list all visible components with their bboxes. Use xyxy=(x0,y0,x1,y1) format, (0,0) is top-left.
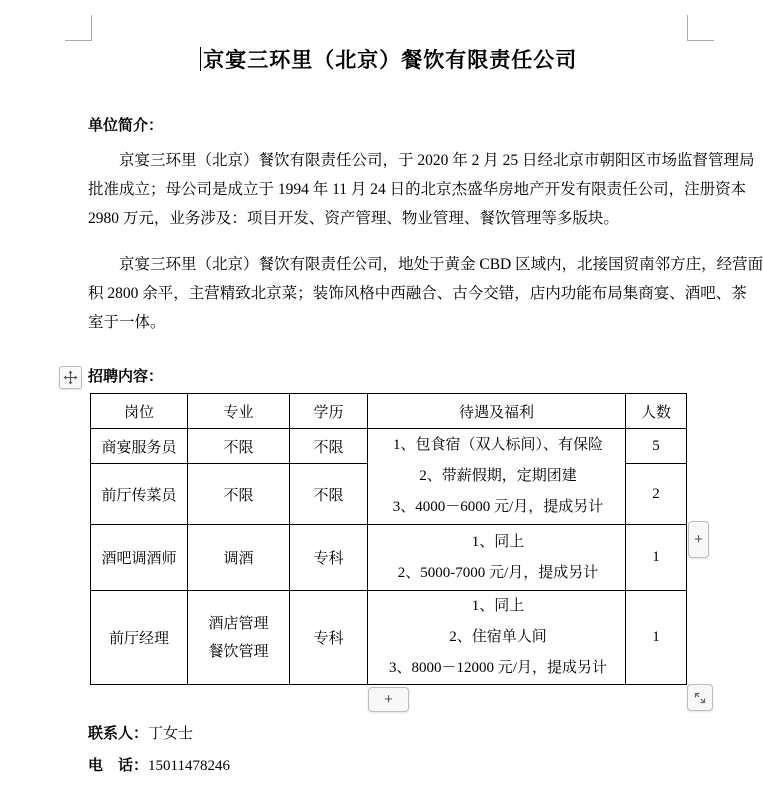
cell-benefits: 1、同上 2、5000-7000 元/月，提成另计 xyxy=(368,525,626,591)
recruit-heading: 招聘内容： xyxy=(88,365,163,386)
paragraph-line: 京宴三环里（北京）餐饮有限责任公司，于 2020 年 2 月 25 日经北京市朝… xyxy=(88,146,687,175)
plus-icon: + xyxy=(384,691,393,708)
text-boundary-mark-top-left-icon xyxy=(65,15,92,41)
title-block: 京宴三环里（北京）餐饮有限责任公司 xyxy=(90,44,687,74)
move-icon xyxy=(63,370,78,385)
paragraph-line: 京宴三环里（北京）餐饮有限责任公司，地处于黄金 CBD 区域内，北接国贸南邻方庄… xyxy=(88,250,687,279)
table-move-handle-button[interactable] xyxy=(59,366,82,389)
intro-paragraph-2: 京宴三环里（北京）餐饮有限责任公司，地处于黄金 CBD 区域内，北接国贸南邻方庄… xyxy=(88,250,687,337)
cell-position: 酒吧调酒师 xyxy=(91,525,188,591)
contact-phone-line: 电 话：15011478246 xyxy=(88,754,230,775)
column-header-position: 岗位 xyxy=(91,394,188,429)
column-header-benefits: 待遇及福利 xyxy=(368,394,626,429)
cell-major: 不限 xyxy=(188,464,290,525)
benefit-line: 2、5000-7000 元/月，提成另计 xyxy=(371,558,625,589)
benefit-line: 2、带薪假期，定期团建 xyxy=(371,461,625,492)
contact-person-label: 联系人： xyxy=(88,725,148,742)
benefit-line: 3、4000－6000 元/月，提成另计 xyxy=(371,492,625,523)
benefit-line: 3、8000－12000 元/月，提成另计 xyxy=(371,653,625,684)
benefit-line: 1、同上 xyxy=(371,591,625,622)
cell-degree: 专科 xyxy=(290,525,368,591)
column-header-count: 人数 xyxy=(626,394,687,429)
cell-major: 调酒 xyxy=(188,525,290,591)
insert-column-button[interactable]: + xyxy=(688,521,709,558)
paragraph-line: 2980 万元，业务涉及：项目开发、资产管理、物业管理、餐饮管理等多版块。 xyxy=(88,204,687,233)
paragraph-line: 批准成立；母公司是成立于 1994 年 11 月 24 日的北京杰盛华房地产开发… xyxy=(88,175,687,204)
document-page: 京宴三环里（北京）餐饮有限责任公司 单位简介： 京宴三环里（北京）餐饮有限责任公… xyxy=(0,0,763,789)
insert-row-button[interactable]: + xyxy=(368,687,409,712)
contact-person-line: 联系人：丁女士 xyxy=(88,722,193,743)
table-row: 商宴服务员 不限 不限 1、包食宿（双人标间）、有保险 2、带薪假期，定期团建 … xyxy=(91,429,687,464)
recruitment-table: 岗位 专业 学历 待遇及福利 人数 商宴服务员 不限 不限 1、包食宿（双人标间… xyxy=(90,393,687,685)
cell-major: 酒店管理 餐饮管理 xyxy=(188,591,290,685)
cell-count: 1 xyxy=(626,591,687,685)
major-line: 餐饮管理 xyxy=(188,638,289,666)
cell-benefits-merged: 1、包食宿（双人标间）、有保险 2、带薪假期，定期团建 3、4000－6000 … xyxy=(368,429,626,525)
cell-count: 1 xyxy=(626,525,687,591)
cell-count: 2 xyxy=(626,464,687,525)
major-line: 酒店管理 xyxy=(188,610,289,638)
contact-phone-label: 电 话： xyxy=(88,757,148,774)
paragraph-line: 积 2800 余平，主营精致北京菜；装饰风格中西融合、古今交错，店内功能布局集商… xyxy=(88,279,687,308)
cell-position: 前厅传菜员 xyxy=(91,464,188,525)
table-resize-handle[interactable] xyxy=(687,684,713,711)
table-header-row: 岗位 专业 学历 待遇及福利 人数 xyxy=(91,394,687,429)
page-title: 京宴三环里（北京）餐饮有限责任公司 xyxy=(203,48,577,72)
column-header-degree: 学历 xyxy=(290,394,368,429)
cell-benefits: 1、同上 2、住宿单人间 3、8000－12000 元/月，提成另计 xyxy=(368,591,626,685)
cell-count: 5 xyxy=(626,429,687,464)
table-row: 酒吧调酒师 调酒 专科 1、同上 2、5000-7000 元/月，提成另计 1 xyxy=(91,525,687,591)
cell-position: 商宴服务员 xyxy=(91,429,188,464)
cell-degree: 专科 xyxy=(290,591,368,685)
benefit-line: 2、住宿单人间 xyxy=(371,622,625,653)
intro-paragraph-1: 京宴三环里（北京）餐饮有限责任公司，于 2020 年 2 月 25 日经北京市朝… xyxy=(88,146,687,233)
cell-position: 前厅经理 xyxy=(91,591,188,685)
intro-heading: 单位简介： xyxy=(88,114,163,135)
text-boundary-mark-top-right-icon xyxy=(687,15,714,41)
table-row: 前厅经理 酒店管理 餐饮管理 专科 1、同上 2、住宿单人间 3、8000－12… xyxy=(91,591,687,685)
paragraph-line: 室于一体。 xyxy=(88,308,687,337)
cell-degree: 不限 xyxy=(290,464,368,525)
text-cursor xyxy=(200,47,202,71)
diagonal-resize-icon xyxy=(692,690,708,706)
column-header-major: 专业 xyxy=(188,394,290,429)
cell-degree: 不限 xyxy=(290,429,368,464)
benefit-line: 1、包食宿（双人标间）、有保险 xyxy=(371,430,625,461)
contact-person-name: 丁女士 xyxy=(148,726,193,742)
benefit-line: 1、同上 xyxy=(371,527,625,558)
cell-major: 不限 xyxy=(188,429,290,464)
plus-icon: + xyxy=(694,531,703,548)
contact-phone-number: 15011478246 xyxy=(148,758,230,774)
